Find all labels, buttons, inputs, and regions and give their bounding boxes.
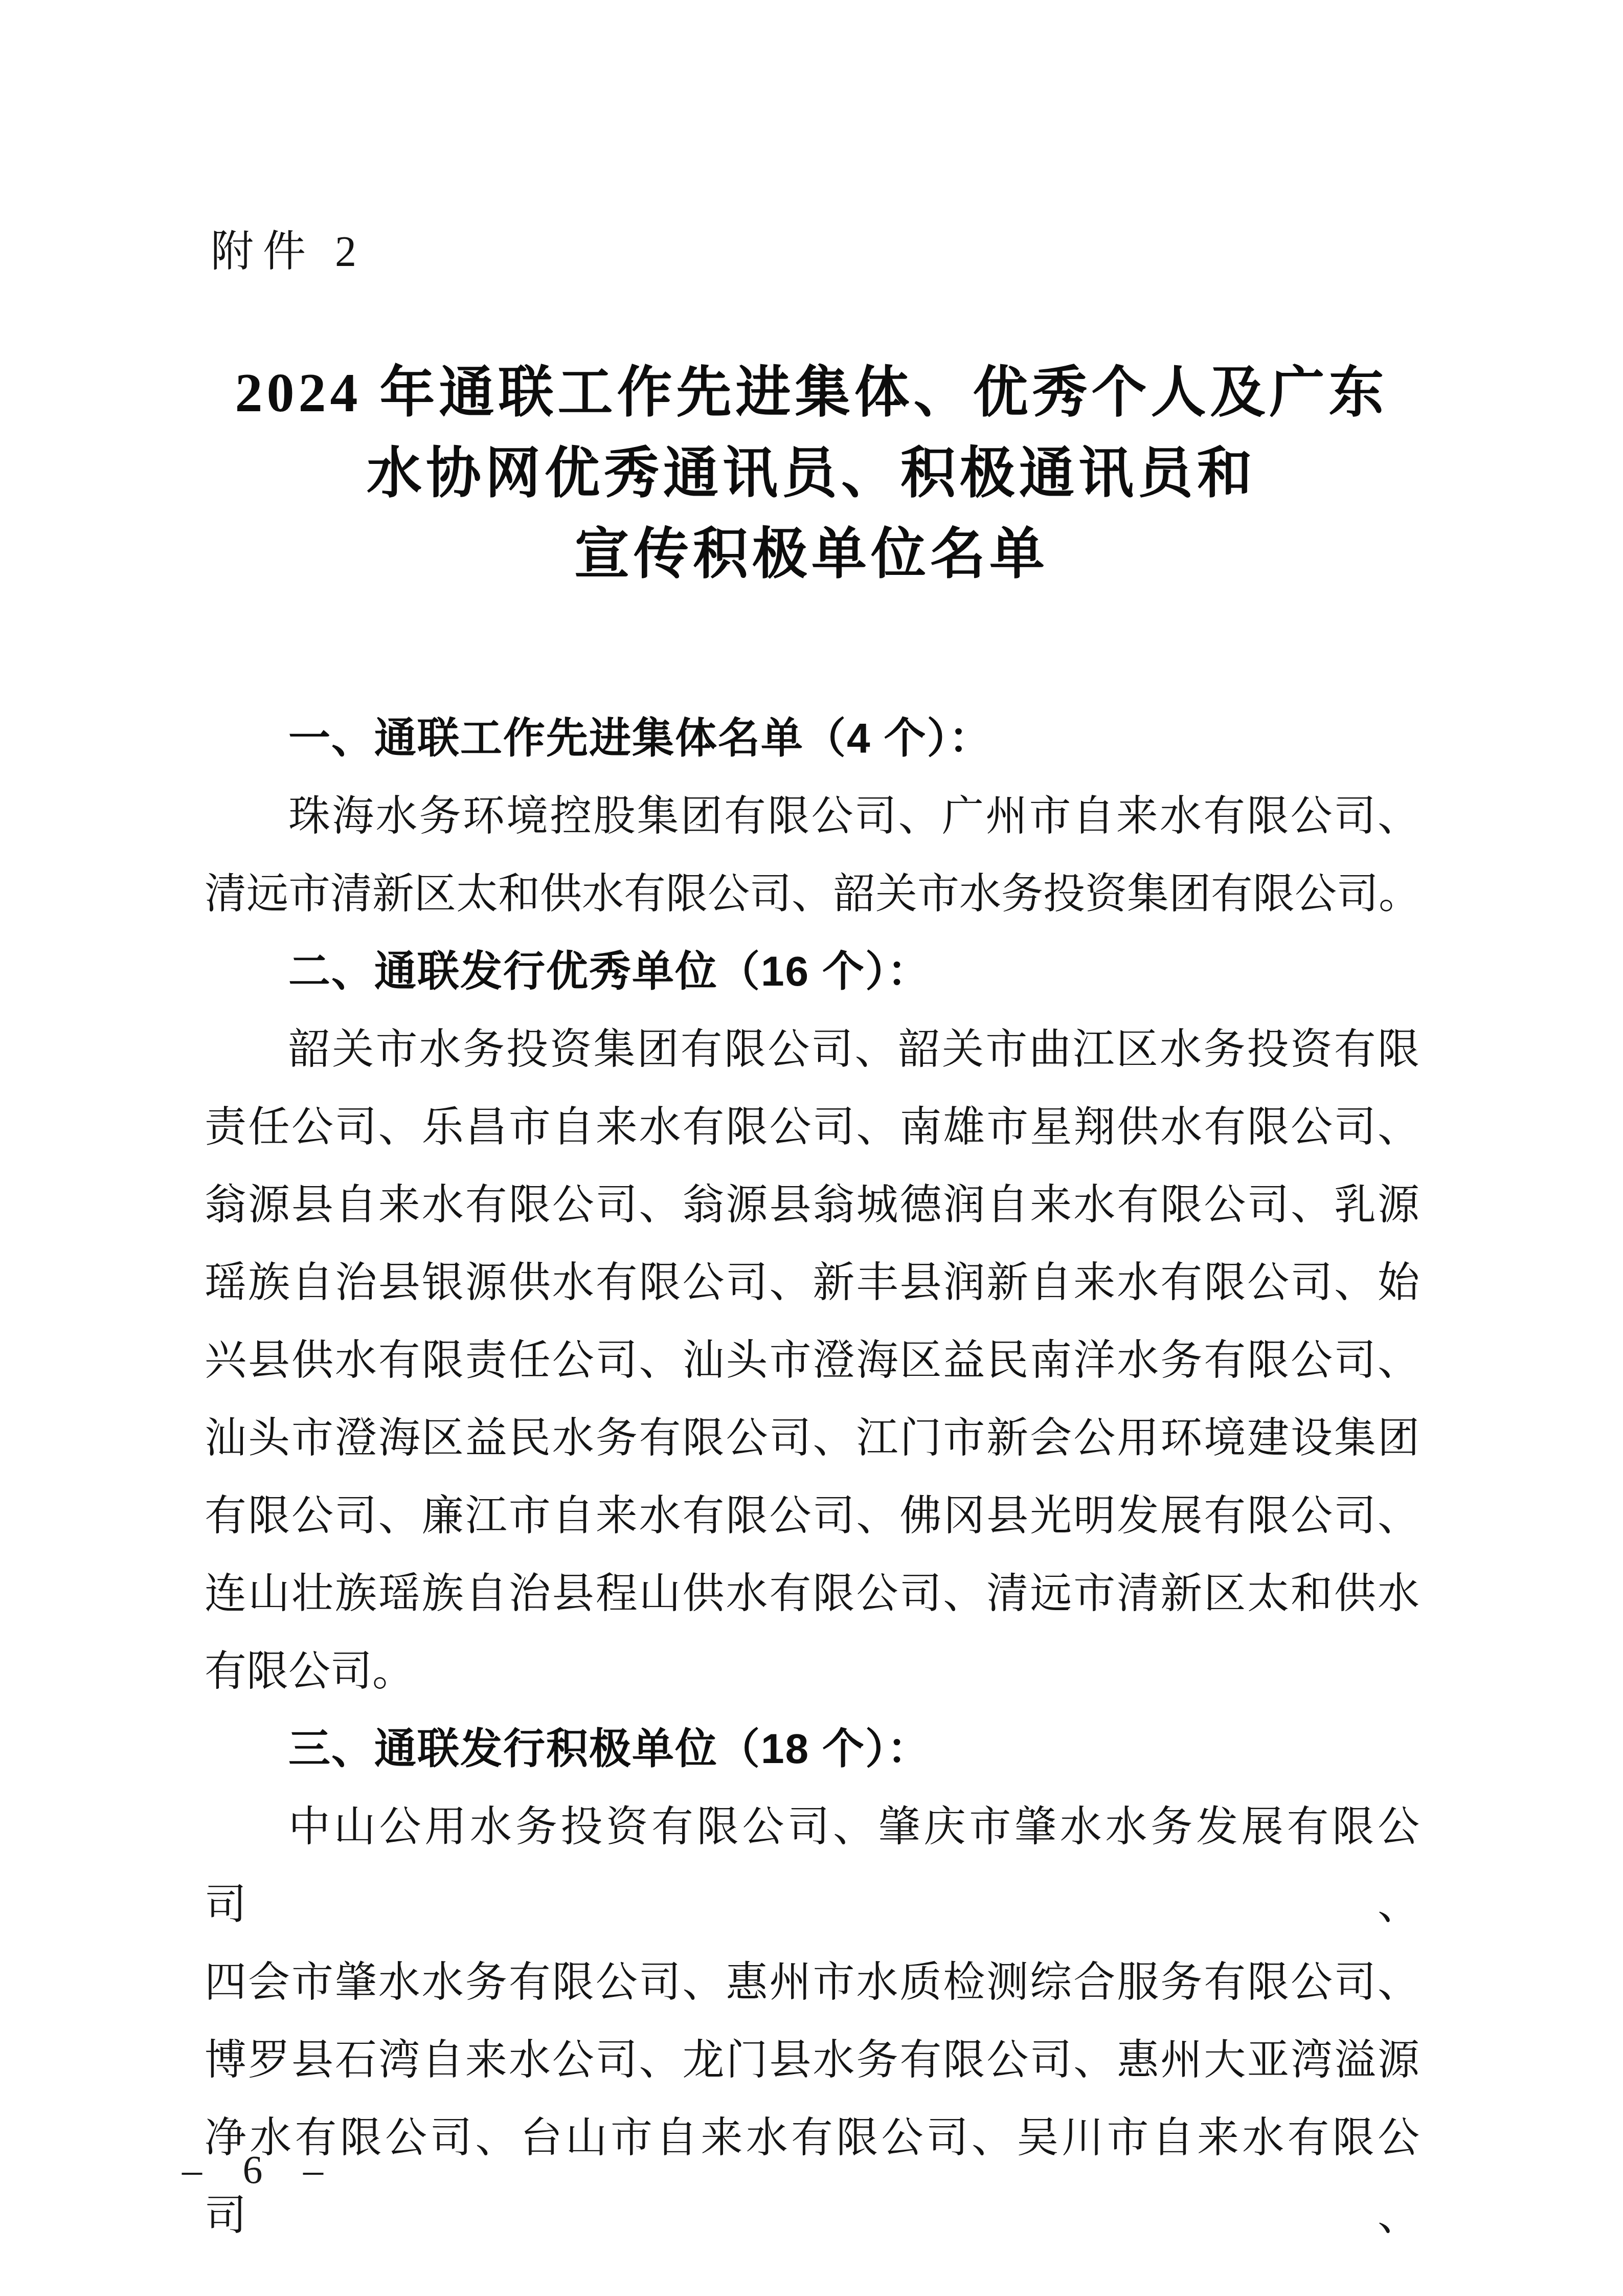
body-text-line: 博罗县石湾自来水公司、龙门县水务有限公司、惠州大亚湾溢源 xyxy=(205,2021,1419,2099)
body-text-line: 珠海水务环境控股集团有限公司、广州市自来水有限公司、 xyxy=(205,777,1419,855)
document-title-line: 水协网优秀通讯员、积极通讯员和 xyxy=(0,434,1623,515)
document-title-line: 2024 年通联工作先进集体、优秀个人及广东 xyxy=(0,353,1623,434)
body-text-line: 瑶族自治县银源供水有限公司、新丰县润新自来水有限公司、始 xyxy=(205,1244,1419,1322)
body-text-line: 四会市肇水水务有限公司、惠州市水质检测综合服务有限公司、 xyxy=(205,1944,1419,2021)
body-text-line: 汕头市澄海区益民水务有限公司、江门市新会公用环境建设集团 xyxy=(205,1399,1419,1477)
body-text-line: 韶关市水务投资集团有限公司、韶关市曲江区水务投资有限 xyxy=(205,1011,1419,1088)
body-text-line: 责任公司、乐昌市自来水有限公司、南雄市星翔供水有限公司、 xyxy=(205,1088,1419,1166)
section-heading: 一、通联工作先进集体名单（4 个）： xyxy=(205,700,1419,777)
document-title-line: 宣传积极单位名单 xyxy=(0,515,1623,595)
body-text-line: 兴县供水有限责任公司、汕头市澄海区益民南洋水务有限公司、 xyxy=(205,1322,1419,1399)
body-text-line: 连山壮族瑶族自治县程山供水有限公司、清远市清新区太和供水 xyxy=(205,1555,1419,1633)
page-number: – 6 – xyxy=(182,2144,339,2195)
body-text-line: 清远市清新区太和供水有限公司、韶关市水务投资集团有限公司。 xyxy=(205,855,1419,933)
section-heading: 二、通联发行优秀单位（16 个）： xyxy=(205,933,1419,1011)
body-text-line: 中山公用水务投资有限公司、肇庆市肇水水务发展有限公司、 xyxy=(205,1788,1419,1944)
attachment-label: 附件 2 xyxy=(211,224,366,280)
body-text-line: 净水有限公司、台山市自来水有限公司、吴川市自来水有限公司、 xyxy=(205,2099,1419,2255)
document-body: 一、通联工作先进集体名单（4 个）：珠海水务环境控股集团有限公司、广州市自来水有… xyxy=(205,700,1419,2255)
document-title: 2024 年通联工作先进集体、优秀个人及广东水协网优秀通讯员、积极通讯员和宣传积… xyxy=(0,353,1623,595)
section-heading: 三、通联发行积极单位（18 个）： xyxy=(205,1710,1419,1788)
body-text-line: 有限公司、廉江市自来水有限公司、佛冈县光明发展有限公司、 xyxy=(205,1477,1419,1555)
body-text-line: 翁源县自来水有限公司、翁源县翁城德润自来水有限公司、乳源 xyxy=(205,1166,1419,1244)
body-text-line: 有限公司。 xyxy=(205,1633,1419,1710)
scanned-document-page: 附件 2 2024 年通联工作先进集体、优秀个人及广东水协网优秀通讯员、积极通讯… xyxy=(0,0,1623,2296)
